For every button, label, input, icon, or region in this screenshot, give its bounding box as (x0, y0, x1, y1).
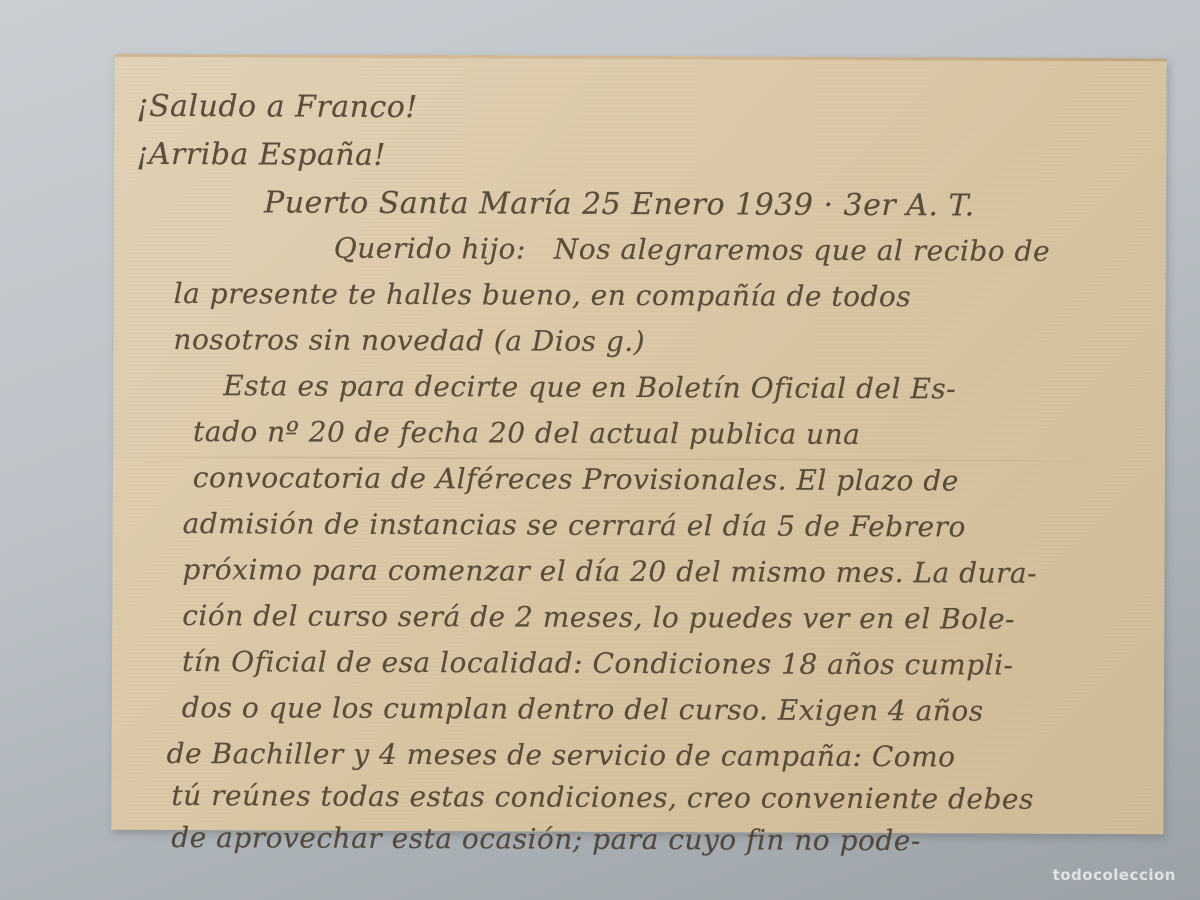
body-line-11: dos o que los cumplan dentro del curso. … (182, 694, 984, 725)
body-line-3: nosotros sin novedad (a Dios g.) (173, 326, 645, 356)
letter-paper: ¡Saludo a Franco! ¡Arriba España! Puerto… (111, 54, 1166, 835)
body-line-14: de aprovechar esta ocasión; para cuyo fi… (171, 824, 921, 855)
body-line-4: Esta es para decirte que en Boletín Ofic… (223, 372, 956, 403)
watermark-logo: todocoleccion (1053, 866, 1176, 884)
body-line-12: de Bachiller y 4 meses de servicio de ca… (167, 740, 956, 771)
body-line-5: tado nº 20 de fecha 20 del actual public… (193, 418, 860, 449)
greeting: Querido hijo: (334, 235, 526, 264)
salute-line-espana: ¡Arriba España! (136, 140, 386, 171)
body-line-6: convocatoria de Alféreces Provisionales.… (193, 464, 959, 495)
body-line-7: admisión de instancias se cerrará el día… (183, 510, 966, 541)
salute-line-franco: ¡Saludo a Franco! (136, 92, 418, 123)
body-line-2: la presente te halles bueno, en compañía… (174, 280, 912, 311)
place-date-line: Puerto Santa María 25 Enero 1939 · 3er A… (264, 188, 975, 221)
body-line-8: próximo para comenzar el día 20 del mism… (182, 556, 1037, 588)
body-line-13: tú reúnes todas estas condiciones, creo … (171, 782, 1034, 814)
body-line-1: Nos alegraremos que al recibo de (554, 236, 1050, 266)
body-line-9: ción del curso será de 2 meses, lo puede… (182, 602, 1015, 634)
body-line-10: tín Oficial de esa localidad: Condicione… (182, 648, 1014, 680)
